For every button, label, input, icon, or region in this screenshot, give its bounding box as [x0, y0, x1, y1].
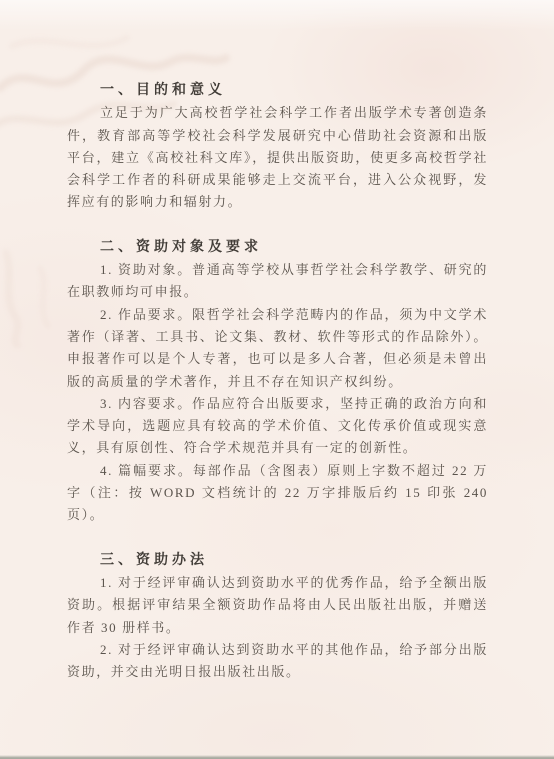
- scan-edge: [0, 755, 554, 759]
- paragraph: 1. 资助对象。普通高等学校从事哲学社会科学教学、研究的在职教师均可申报。: [67, 259, 488, 304]
- scanned-page: 一、目的和意义 立足于为广大高校哲学社会科学工作者出版学术专著创造条件，教育部高…: [0, 0, 554, 759]
- section-heading: 一、目的和意义: [67, 80, 488, 102]
- paragraph: 立足于为广大高校哲学社会科学工作者出版学术专著创造条件，教育部高等学校社会科学发…: [67, 102, 488, 213]
- section-eligibility: 二、资助对象及要求 1. 资助对象。普通高等学校从事哲学社会科学教学、研究的在职…: [67, 237, 488, 527]
- section-heading: 三、资助办法: [67, 550, 488, 572]
- paragraph: 2. 作品要求。限哲学社会科学范畴内的作品，须为中文学术著作（译著、工具书、论文…: [67, 304, 488, 393]
- section-heading: 二、资助对象及要求: [67, 237, 488, 259]
- paragraph: 2. 对于经评审确认达到资助水平的其他作品，给予部分出版资助，并交由光明日报出版…: [67, 639, 488, 684]
- document-body: 一、目的和意义 立足于为广大高校哲学社会科学工作者出版学术专著创造条件，教育部高…: [67, 80, 488, 683]
- section-funding-method: 三、资助办法 1. 对于经评审确认达到资助水平的优秀作品，给予全额出版资助。根据…: [67, 550, 488, 684]
- paragraph: 1. 对于经评审确认达到资助水平的优秀作品，给予全额出版资助。根据评审结果全额资…: [67, 572, 488, 639]
- paragraph: 4. 篇幅要求。每部作品（含图表）原则上字数不超过 22 万字（注：按 WORD…: [67, 460, 488, 527]
- section-purpose: 一、目的和意义 立足于为广大高校哲学社会科学工作者出版学术专著创造条件，教育部高…: [67, 80, 488, 214]
- paragraph: 3. 内容要求。作品应符合出版要求，坚持正确的政治方向和学术导向，选题应具有较高…: [67, 393, 488, 460]
